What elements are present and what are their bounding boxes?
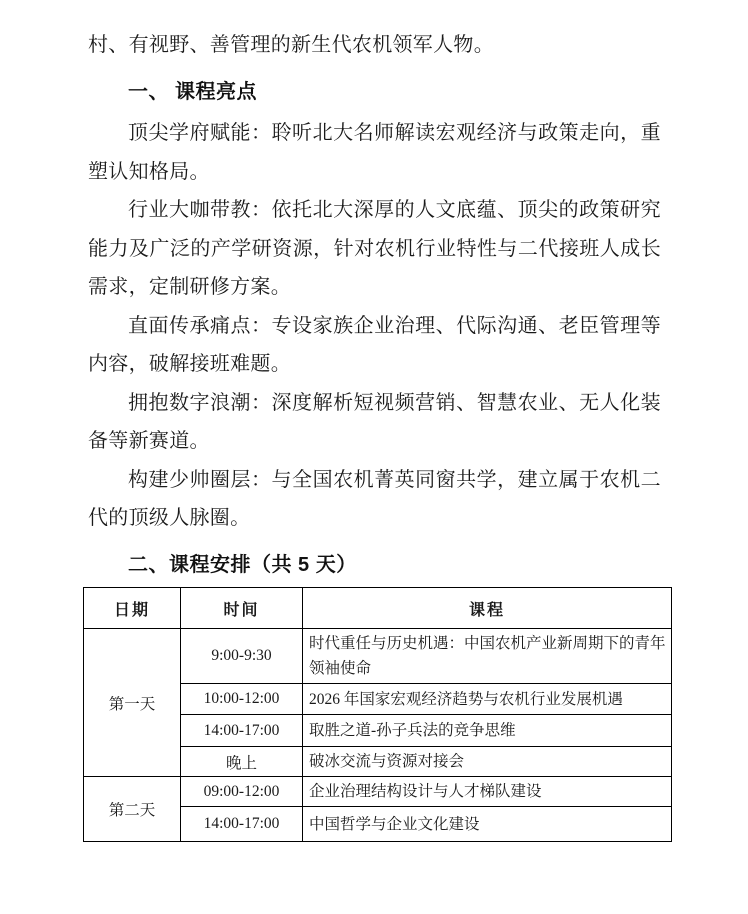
time-cell: 09:00-12:00 bbox=[181, 777, 303, 807]
day-cell: 第二天 bbox=[84, 777, 181, 842]
time-cell: 晚上 bbox=[181, 747, 303, 777]
course-cell: 破冰交流与资源对接会 bbox=[303, 747, 672, 777]
day-cell: 第一天 bbox=[84, 629, 181, 777]
course-cell: 企业治理结构设计与人才梯队建设 bbox=[303, 777, 672, 807]
course-schedule-table: 日期 时间 课程 第一天 9:00-9:30 时代重任与历史机遇：中国农机产业新… bbox=[83, 587, 672, 842]
course-cell: 中国哲学与企业文化建设 bbox=[303, 807, 672, 842]
highlight-paragraph-1: 顶尖学府赋能：聆听北大名师解读宏观经济与政策走向，重塑认知格局。 bbox=[88, 114, 661, 191]
highlight-paragraph-2: 行业大咖带教：依托北大深厚的人文底蕴、顶尖的政策研究能力及广泛的产学研资源，针对… bbox=[88, 191, 661, 307]
course-cell: 时代重任与历史机遇：中国农机产业新周期下的青年领袖使命 bbox=[303, 629, 672, 684]
course-cell: 2026 年国家宏观经济趋势与农机行业发展机遇 bbox=[303, 684, 672, 715]
time-cell: 10:00-12:00 bbox=[181, 684, 303, 715]
highlight-paragraph-4: 拥抱数字浪潮：深度解析短视频营销、智慧农业、无人化装备等新赛道。 bbox=[88, 384, 661, 461]
table-row: 第一天 9:00-9:30 时代重任与历史机遇：中国农机产业新周期下的青年领袖使… bbox=[84, 629, 672, 684]
highlight-paragraph-5: 构建少帅圈层：与全国农机菁英同窗共学，建立属于农机二代的顶级人脉圈。 bbox=[88, 461, 661, 538]
header-cell-time: 时间 bbox=[181, 588, 303, 629]
section1-heading: 一、 课程亮点 bbox=[88, 73, 661, 112]
header-cell-course: 课程 bbox=[303, 588, 672, 629]
table-header-row: 日期 时间 课程 bbox=[84, 588, 672, 629]
time-cell: 9:00-9:30 bbox=[181, 629, 303, 684]
table-row: 第二天 09:00-12:00 企业治理结构设计与人才梯队建设 bbox=[84, 777, 672, 807]
highlight-paragraph-3: 直面传承痛点：专设家族企业治理、代际沟通、老臣管理等内容，破解接班难题。 bbox=[88, 307, 661, 384]
course-cell: 取胜之道-孙子兵法的竞争思维 bbox=[303, 715, 672, 747]
section2-heading: 二、课程安排（共 5 天） bbox=[88, 546, 661, 585]
document-page: 村、有视野、善管理的新生代农机领军人物。 一、 课程亮点 顶尖学府赋能：聆听北大… bbox=[0, 0, 748, 914]
intro-paragraph: 村、有视野、善管理的新生代农机领军人物。 bbox=[88, 26, 661, 65]
time-cell: 14:00-17:00 bbox=[181, 807, 303, 842]
time-cell: 14:00-17:00 bbox=[181, 715, 303, 747]
header-cell-date: 日期 bbox=[84, 588, 181, 629]
